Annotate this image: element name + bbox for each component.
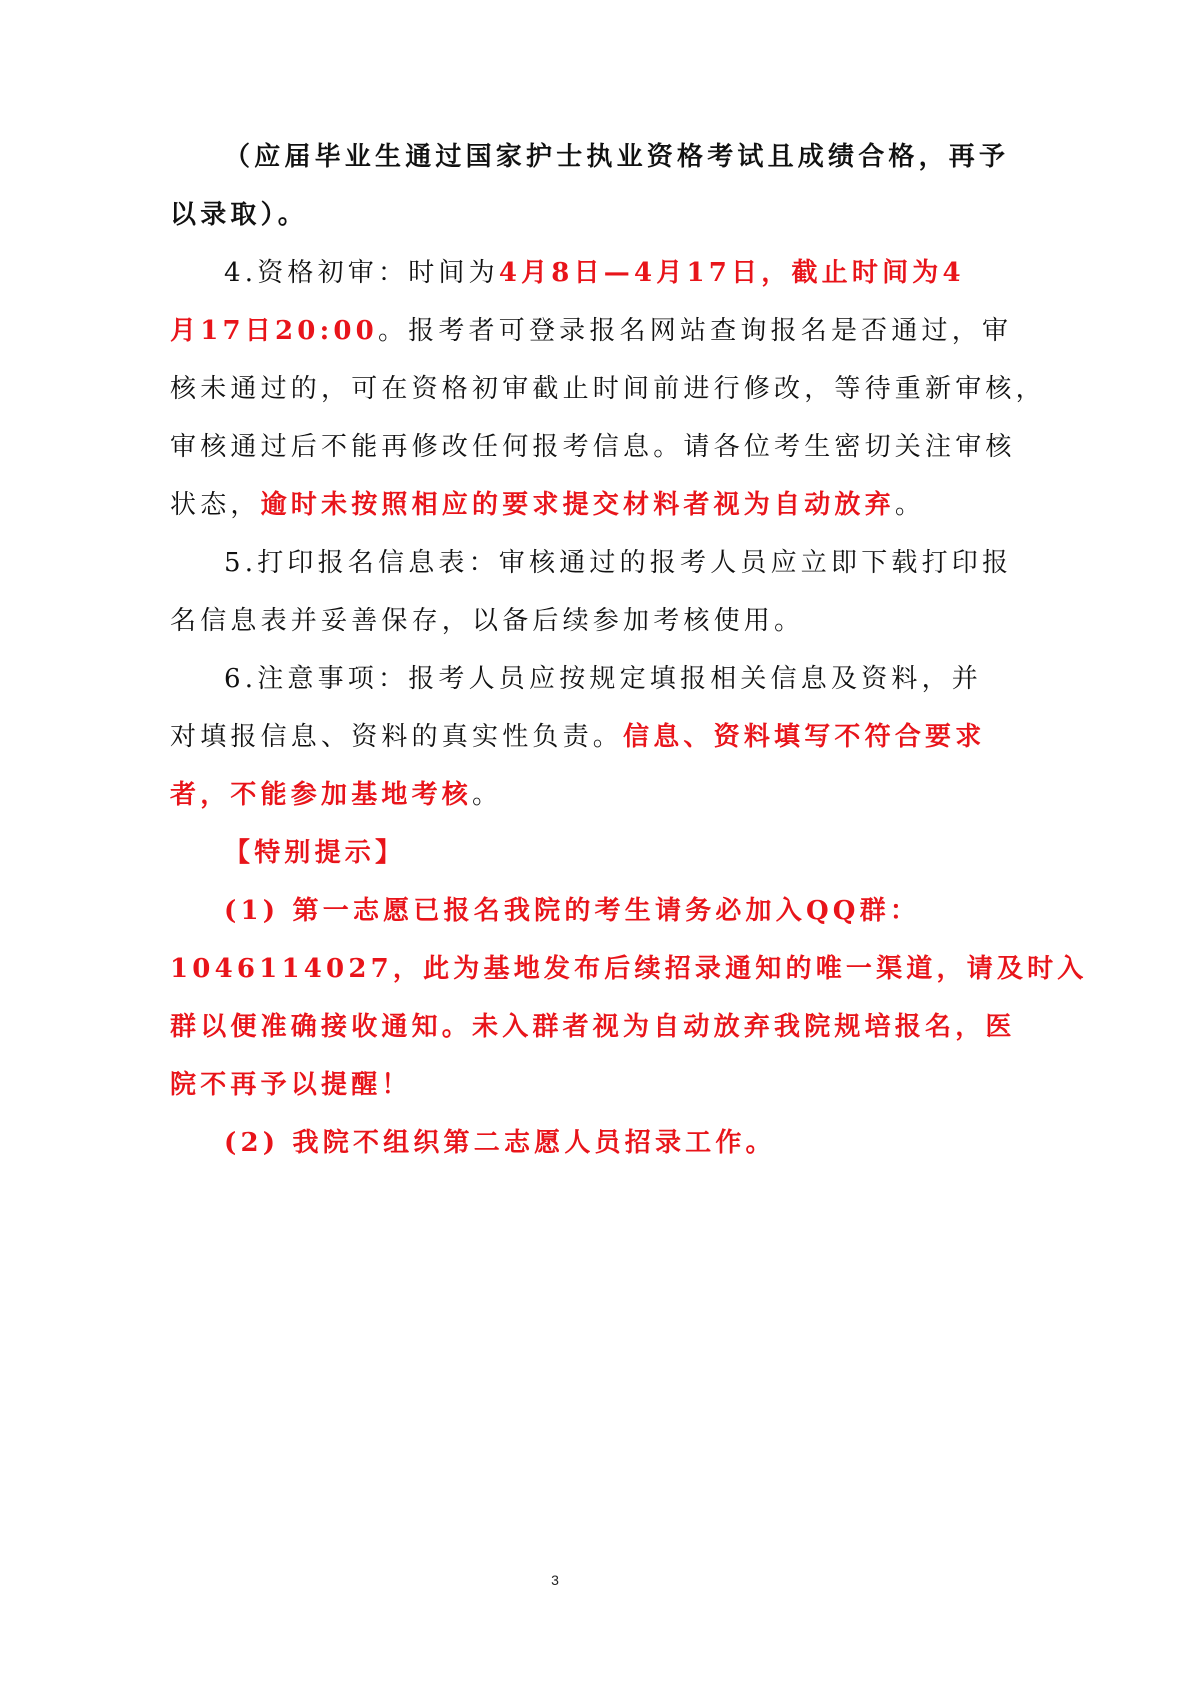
text-segment: 对填报信息、资料的真实性负责。 — [170, 722, 623, 752]
text-segment: 状态， — [170, 490, 261, 520]
highlight-disqualification: 者，不能参加基地考核 — [170, 780, 472, 810]
text-segment: 院不再予以提醒！ — [170, 1070, 412, 1100]
text-segment: 【特别提示】 — [224, 838, 405, 868]
special-notice-2: (2) 我院不组织第二志愿人员招录工作。 — [224, 1114, 776, 1172]
special-notice-1-line-4: 院不再予以提醒！ — [170, 1056, 412, 1114]
text-segment: 。报考者可登录报名网站查询报名是否通过，审 — [378, 316, 1012, 346]
text-segment: 审核通过后不能再修改任何报考信息。请各位考生密切关注审核 — [170, 432, 1016, 462]
text-segment: (2) 我院不组织第二志愿人员招录工作。 — [224, 1128, 776, 1158]
item-4-qualification-review-line-3: 核未通过的，可在资格初审截止时间前进行修改，等待重新审核， — [170, 360, 1046, 418]
text-segment: （应届毕业生通过国家护士执业资格考试且成绩合格，再予 — [224, 142, 1009, 172]
special-notice-1-line-3: 群以便准确接收通知。未入群者视为自动放弃我院规培报名，医 — [170, 998, 1016, 1056]
highlight-deadline: 月17日20:00 — [170, 316, 378, 346]
highlight-forfeit-warning: 逾时未按照相应的要求提交材料者视为自动放弃 — [261, 490, 895, 520]
text-segment: 4.资格初审：时间为 — [224, 258, 499, 288]
highlight-info-requirement: 信息、资料填写不符合要求 — [623, 722, 985, 752]
item-6-notes-line-2: 对填报信息、资料的真实性负责。信息、资料填写不符合要求 — [170, 708, 985, 766]
text-segment: 。 — [472, 780, 502, 810]
item-4-qualification-review-line-1: 4.资格初审：时间为4月8日—4月17日，截止时间为4 — [224, 244, 965, 302]
page-number: 3 — [0, 1572, 1110, 1588]
special-notice-1-line-1: (1) 第一志愿已报名我院的考生请务必加入QQ群： — [224, 882, 920, 940]
text-segment: 6.注意事项：报考人员应按规定填报相关信息及资料，并 — [224, 664, 982, 694]
item-5-print-form-line-2: 名信息表并妥善保存，以备后续参加考核使用。 — [170, 592, 804, 650]
qq-group-number-text: 1046114027，此为基地发布后续招录通知的唯一渠道，请及时入 — [170, 954, 1088, 984]
text-segment: (1) 第一志愿已报名我院的考生请务必加入QQ群： — [224, 896, 920, 926]
document-page: （应届毕业生通过国家护士执业资格考试且成绩合格，再予 以录取）。 4.资格初审：… — [0, 0, 1200, 1697]
paragraph-nurse-exam-line-2: 以录取）。 — [170, 186, 308, 244]
item-5-print-form-line-1: 5.打印报名信息表：审核通过的报考人员应立即下载打印报 — [224, 534, 1012, 592]
item-4-qualification-review-line-2: 月17日20:00。报考者可登录报名网站查询报名是否通过，审 — [170, 302, 1012, 360]
text-segment: 核未通过的，可在资格初审截止时间前进行修改，等待重新审核， — [170, 374, 1046, 404]
text-segment: 。 — [895, 490, 925, 520]
item-6-notes-line-1: 6.注意事项：报考人员应按规定填报相关信息及资料，并 — [224, 650, 982, 708]
item-4-qualification-review-line-4: 审核通过后不能再修改任何报考信息。请各位考生密切关注审核 — [170, 418, 1016, 476]
text-segment: 以录取）。 — [170, 200, 308, 230]
special-notice-heading: 【特别提示】 — [224, 824, 405, 882]
text-segment: 5.打印报名信息表：审核通过的报考人员应立即下载打印报 — [224, 548, 1012, 578]
highlight-review-dates: 4月8日—4月17日，截止时间为4 — [499, 258, 965, 288]
text-segment: 群以便准确接收通知。未入群者视为自动放弃我院规培报名，医 — [170, 1012, 1016, 1042]
text-segment: 名信息表并妥善保存，以备后续参加考核使用。 — [170, 606, 804, 636]
paragraph-nurse-exam-line-1: （应届毕业生通过国家护士执业资格考试且成绩合格，再予 — [224, 128, 1009, 186]
item-6-notes-line-3: 者，不能参加基地考核。 — [170, 766, 502, 824]
special-notice-1-line-2: 1046114027，此为基地发布后续招录通知的唯一渠道，请及时入 — [170, 940, 1088, 998]
item-4-qualification-review-line-5: 状态，逾时未按照相应的要求提交材料者视为自动放弃。 — [170, 476, 925, 534]
